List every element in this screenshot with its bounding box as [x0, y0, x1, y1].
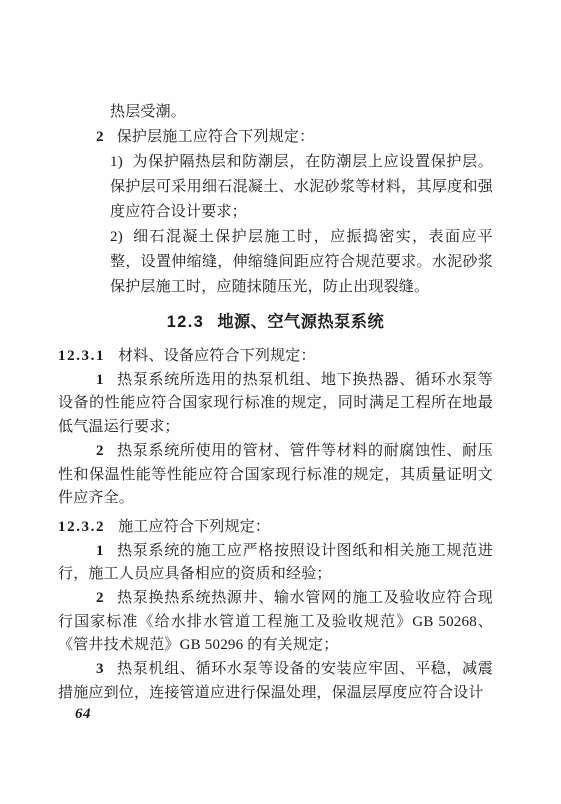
list-item: 2热泵换热系统热源井、输水管网的施工及验收应符合现行国家标准《给水排水管道工程施…	[58, 587, 493, 658]
item-number: 2	[96, 129, 104, 145]
item-number: 2	[96, 443, 104, 459]
clause-paragraph: 12.3.1材料、设备应符合下列规定：	[58, 345, 493, 369]
clause-number: 12.3.2	[58, 519, 105, 535]
sub-list-item: 1)为保护隔热层和防潮层，在防潮层上应设置保护层。保护层可采用细石混凝土、水泥砂…	[58, 150, 493, 225]
paragraph-text: 热泵机组、循环水泵等设备的安装应牢固、平稳，减震措施应到位，连接管道应进行保温处…	[58, 661, 493, 701]
document-page: 热层受潮。 2保护层施工应符合下列规定： 1)为保护隔热层和防潮层，在防潮层上应…	[0, 0, 561, 804]
list-item: 1热泵系统所选用的热泵机组、地下换热器、循环水泵等设备的性能应符合国家现行标准的…	[58, 369, 493, 440]
item-number: 1	[96, 543, 104, 559]
list-item: 2热泵系统所使用的管材、管件等材料的耐腐蚀性、耐压性和保温性能等性能应符合国家现…	[58, 440, 493, 511]
sub-item-number: 1)	[110, 154, 123, 170]
item-number: 3	[96, 661, 104, 677]
sub-list-item: 2)细石混凝土保护层施工时，应振捣密实，表面应平整，设置伸缩缝，伸缩缝间距应符合…	[58, 225, 493, 300]
page-number: 64	[58, 704, 493, 724]
paragraph-text: 保护层施工应符合下列规定：	[117, 129, 315, 145]
paragraph-text: 热泵换热系统热源井、输水管网的施工及验收应符合现行国家标准《给水排水管道工程施工…	[58, 590, 493, 653]
paragraph-text: 热泵系统所选用的热泵机组、地下换热器、循环水泵等设备的性能应符合国家现行标准的规…	[58, 372, 493, 435]
sub-item-number: 2)	[110, 229, 123, 245]
paragraph-text: 热层受潮。	[110, 104, 186, 120]
section-number: 12.3	[167, 313, 205, 331]
paragraph-text: 热泵系统的施工应严格按照设计图纸和相关施工规范进行，施工人员应具备相应的资质和经…	[58, 543, 493, 583]
section-title: 地源、空气源热泵系统	[217, 313, 384, 331]
paragraph-text: 热泵系统所使用的管材、管件等材料的耐腐蚀性、耐压性和保温性能等性能应符合国家现行…	[58, 443, 493, 506]
list-item: 2保护层施工应符合下列规定：	[58, 125, 493, 150]
paragraph-text: 施工应符合下列规定：	[118, 519, 270, 535]
paragraph-continuation: 热层受潮。	[58, 100, 493, 125]
paragraph-text: 为保护隔热层和防潮层，在防潮层上应设置保护层。保护层可采用细石混凝土、水泥砂浆等…	[110, 154, 493, 220]
item-number: 2	[96, 590, 104, 606]
clause-number: 12.3.1	[58, 348, 105, 364]
paragraph-text: 细石混凝土保护层施工时，应振捣密实，表面应平整，设置伸缩缝，伸缩缝间距应符合规范…	[110, 229, 493, 295]
list-item: 1热泵系统的施工应严格按照设计图纸和相关施工规范进行，施工人员应具备相应的资质和…	[58, 540, 493, 587]
paragraph-text: 材料、设备应符合下列规定：	[118, 348, 316, 364]
clause-paragraph: 12.3.2施工应符合下列规定：	[58, 516, 493, 540]
item-number: 1	[96, 372, 104, 388]
list-item: 3热泵机组、循环水泵等设备的安装应牢固、平稳，减震措施应到位，连接管道应进行保温…	[58, 658, 493, 705]
section-heading: 12.3地源、空气源热泵系统	[58, 310, 493, 335]
